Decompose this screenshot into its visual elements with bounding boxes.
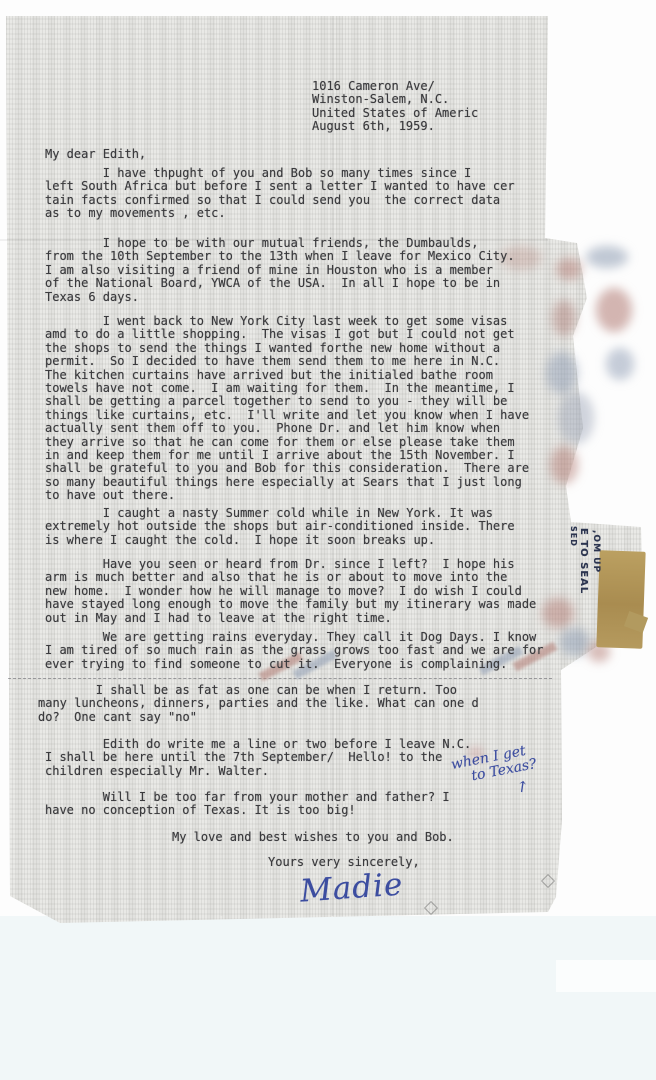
flap-text-seal: E TO SEAL <box>578 528 589 594</box>
stain-blue <box>586 246 628 268</box>
flap-text-sed: SED <box>569 526 578 547</box>
letter-paragraph: Edith do write me a line or two before I… <box>45 738 471 778</box>
stain-red <box>556 258 582 280</box>
stain-blue <box>558 392 594 444</box>
letter-paragraph: Have you seen or heard from Dr. since I … <box>45 558 536 625</box>
stain-blue <box>606 348 634 380</box>
stain-red <box>550 446 578 484</box>
stain-blue <box>546 352 578 394</box>
scanned-letter-page: 1016 Cameron Ave/ Winston-Salem, N.C. Un… <box>0 0 656 1080</box>
stain-red <box>542 598 574 628</box>
salutation: My dear Edith, <box>45 148 146 161</box>
signature: Madie <box>299 866 405 909</box>
closing-line: My love and best wishes to you and Bob. <box>172 831 454 844</box>
annotation-arrow-icon: ↑ <box>515 777 530 797</box>
letter-paragraph: I caught a nasty Summer cold while in Ne… <box>45 507 515 547</box>
address-block: 1016 Cameron Ave/ Winston-Salem, N.C. Un… <box>312 80 478 134</box>
letter-paragraph: I went back to New York City last week t… <box>45 315 529 503</box>
stain-red <box>552 300 576 336</box>
stain-red <box>596 288 632 332</box>
scanner-background-band <box>556 960 656 992</box>
letter-paragraph: I hope to be with our mutual friends, th… <box>45 237 515 304</box>
letter-paragraph: I have thpught of you and Bob so many ti… <box>45 167 515 221</box>
letter-paragraph: We are getting rains everyday. They call… <box>45 631 544 671</box>
letter-paragraph: I shall be as fat as one can be when I r… <box>38 684 479 724</box>
flap-text-om-up: ,OM UP <box>591 530 601 573</box>
fold-crease-horizontal-dashed <box>8 678 552 679</box>
letter-paragraph: Will I be too far from your mother and f… <box>45 791 450 818</box>
stain-blue <box>560 628 590 656</box>
tape-fragment <box>596 550 645 649</box>
